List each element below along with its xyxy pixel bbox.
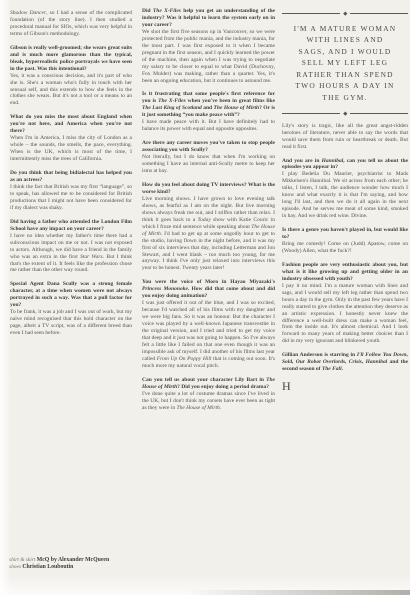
text-run: Do you think that being bidialectal has …	[10, 170, 132, 183]
text-run: The Fall	[322, 366, 342, 372]
text-run: The Last King of Scotland	[142, 105, 202, 111]
text-column-right: I'M A MATURE WOMANWITH LINES ANDSAGS, AN…	[282, 10, 408, 392]
text-run: To be frank, it was a job and I was out …	[10, 309, 132, 336]
text-run: shoes	[9, 564, 22, 570]
interview-answer: When I'm in America, I miss the city of …	[10, 135, 132, 163]
text-run: ? Did you enjoy doing a period drama?	[177, 384, 269, 390]
interview-question: And you are in Hannibal, can you tell us…	[282, 158, 408, 172]
fashion-credits: shirt & skirt McQ by Alexander McQueensh…	[9, 557, 109, 572]
interview-answer: I have made peace with it. But I have de…	[142, 119, 275, 133]
interview-answer: I've done quite a lot of costume dramas …	[142, 391, 275, 412]
interview-question: Can you tell us about your character Lil…	[142, 377, 275, 391]
body-paragraph: Shadow Dancer, so I had a sense of the c…	[10, 10, 132, 38]
pull-quote-line: RATHER THAN SPEND	[283, 69, 407, 81]
text-run: when you've been in great films like	[186, 98, 275, 104]
interview-answer: I have no idea whether my father's time …	[10, 233, 132, 275]
page-edge-light-bottom	[0, 575, 410, 595]
pull-quote-bottom-rule	[282, 112, 408, 115]
interview-answer: Yes, it was a conscious decision, and it…	[10, 73, 132, 108]
pull-quote-text: I'M A MATURE WOMANWITH LINES ANDSAGS, AN…	[282, 15, 408, 113]
magazine-end-mark: H	[282, 380, 408, 392]
interview-answer: I play Bedelia Du Maurier, psychiatrist …	[282, 171, 408, 220]
interview-question: Are there any career moves you've taken …	[142, 140, 275, 154]
interview-question: Special Agent Dana Scully was a strong f…	[10, 281, 132, 309]
text-run: Not literally, but I do know that when I…	[142, 154, 275, 174]
text-run: I think the fact that British was my fir…	[10, 184, 132, 211]
text-run: I was just offered it out of the blue, a…	[142, 300, 275, 362]
text-run: From Up On Poppy Hill	[157, 356, 212, 362]
pull-quote: I'M A MATURE WOMANWITH LINES ANDSAGS, AN…	[282, 12, 408, 115]
text-run: I play Bedelia Du Maurier, psychiatrist …	[282, 171, 408, 219]
text-run: The House of Mirth	[177, 405, 220, 411]
pull-quote-line: SAGS, AND I WOULD	[283, 46, 407, 58]
text-run: I pay it no mind. I'm a mature woman wit…	[282, 283, 408, 345]
interview-question: How do you feel about doing TV interview…	[142, 182, 275, 196]
rule-line	[282, 13, 340, 14]
interview-answer: We shot the first five seasons up in Van…	[142, 29, 275, 85]
credit-line: shoes Christian Louboutin	[9, 564, 109, 571]
text-run: Is there a genre you haven't played in, …	[282, 227, 408, 240]
body-paragraph: Lily's story is tragic, like all the gre…	[282, 123, 408, 151]
interview-question: Is there a genre you haven't played in, …	[282, 227, 408, 241]
text-run: What do you miss the most about England …	[10, 114, 132, 134]
pull-quote-line: I'M A MATURE WOMAN	[283, 23, 407, 35]
text-run: McQ by Alexander McQueen	[37, 557, 110, 563]
diamond-ornament-icon	[343, 112, 347, 116]
text-run: Did having a father who attended the Lon…	[10, 219, 132, 232]
text-run: Today	[198, 217, 211, 223]
text-run: How do you feel about doing TV interview…	[142, 182, 275, 195]
text-run: You were the voice of Moro in Hayao Miya…	[142, 279, 275, 285]
outro-credit: Gillian Anderson is starring in I'll Fol…	[282, 352, 408, 373]
text-run: Fashion people are very enthusiastic abo…	[282, 262, 408, 282]
text-run: Bring me comedy! Come on (Judd) Apatow, …	[282, 241, 408, 254]
text-run: Princess Mononoke	[142, 286, 188, 292]
text-run: And you are in	[282, 158, 322, 164]
text-run: We shot the first five seasons up in Van…	[142, 29, 275, 84]
text-run: .	[220, 405, 221, 411]
interview-question: Did The X-Files help you get an understa…	[142, 8, 275, 29]
interview-answer: Live morning shows. I have grown to love…	[142, 196, 275, 272]
interview-question: Gibson is really well-groomed; she wears…	[10, 45, 132, 73]
text-run: Gibson is really well-groomed; she wears…	[10, 45, 132, 72]
interview-question: You were the voice of Moro in Hayao Miya…	[142, 279, 275, 300]
text-run: Star Wars	[80, 254, 103, 260]
interview-answer: To be frank, it was a job and I was out …	[10, 309, 132, 337]
text-run: Yes, it was a conscious decision, and it…	[10, 73, 132, 107]
interview-question: Is it frustrating that some people's fir…	[142, 91, 275, 119]
text-column-right-body: Lily's story is tragic, like all the gre…	[282, 123, 408, 374]
credit-line: shirt & skirt McQ by Alexander McQueen	[9, 557, 109, 564]
interview-answer: Not literally, but I do know that when I…	[142, 154, 275, 175]
page-edge-shadow	[185, 590, 410, 595]
text-column-middle: Did The X-Files help you get an understa…	[142, 8, 275, 419]
text-run: shirt & skirt	[9, 557, 37, 563]
text-run: Shadow Dancer	[10, 10, 46, 16]
interview-question: Did having a father who attended the Lon…	[10, 219, 132, 233]
interview-question: Do you think that being bidialectal has …	[10, 170, 132, 184]
pull-quote-line: TWO HOURS A DAY IN	[283, 80, 407, 92]
interview-answer: I was just offered it out of the blue, a…	[142, 300, 275, 370]
text-run: Special Agent Dana Scully was a strong f…	[10, 281, 132, 308]
interview-answer: Bring me comedy! Come on (Judd) Apatow, …	[282, 241, 408, 255]
interview-answer: I pay it no mind. I'm a mature woman wit…	[282, 283, 408, 346]
text-run: and	[202, 105, 214, 111]
text-run: . I'd had to get up at some ungodly hour…	[142, 231, 275, 272]
pull-quote-line: WITH LINES AND	[283, 34, 407, 46]
rule-line	[350, 113, 408, 114]
magazine-page: Shadow Dancer, so I had a sense of the c…	[0, 0, 410, 595]
rule-line	[282, 113, 340, 114]
text-run: When I'm in America, I miss the city of …	[10, 135, 132, 162]
text-run: Are there any career moves you've taken …	[142, 140, 275, 153]
interview-answer: I think the fact that British was my fir…	[10, 184, 132, 212]
text-run: Hannibal	[322, 158, 344, 164]
text-run: The X-Files	[153, 8, 181, 14]
interview-question: Fashion people are very enthusiastic abo…	[282, 262, 408, 283]
text-run: .	[342, 366, 343, 372]
text-run: The House of Mirth	[214, 105, 260, 111]
text-run: I have made peace with it. But I have de…	[142, 119, 275, 132]
pull-quote-line: SELL MY LEFT LEG	[283, 57, 407, 69]
text-run: The X-Files	[158, 98, 186, 104]
text-run: Lily's story is tragic, like all the gre…	[282, 123, 408, 150]
rule-line	[350, 13, 408, 14]
text-column-left: Shadow Dancer, so I had a sense of the c…	[10, 10, 132, 344]
text-run: Did	[142, 8, 153, 14]
pull-quote-line: THE GYM.	[283, 92, 407, 104]
text-run: Gillian Anderson is starring in	[282, 352, 357, 358]
text-run: Christian Louboutin	[22, 564, 73, 570]
text-run: Can you tell us about your character Lil…	[142, 377, 266, 383]
interview-question: What do you miss the most about England …	[10, 114, 132, 135]
